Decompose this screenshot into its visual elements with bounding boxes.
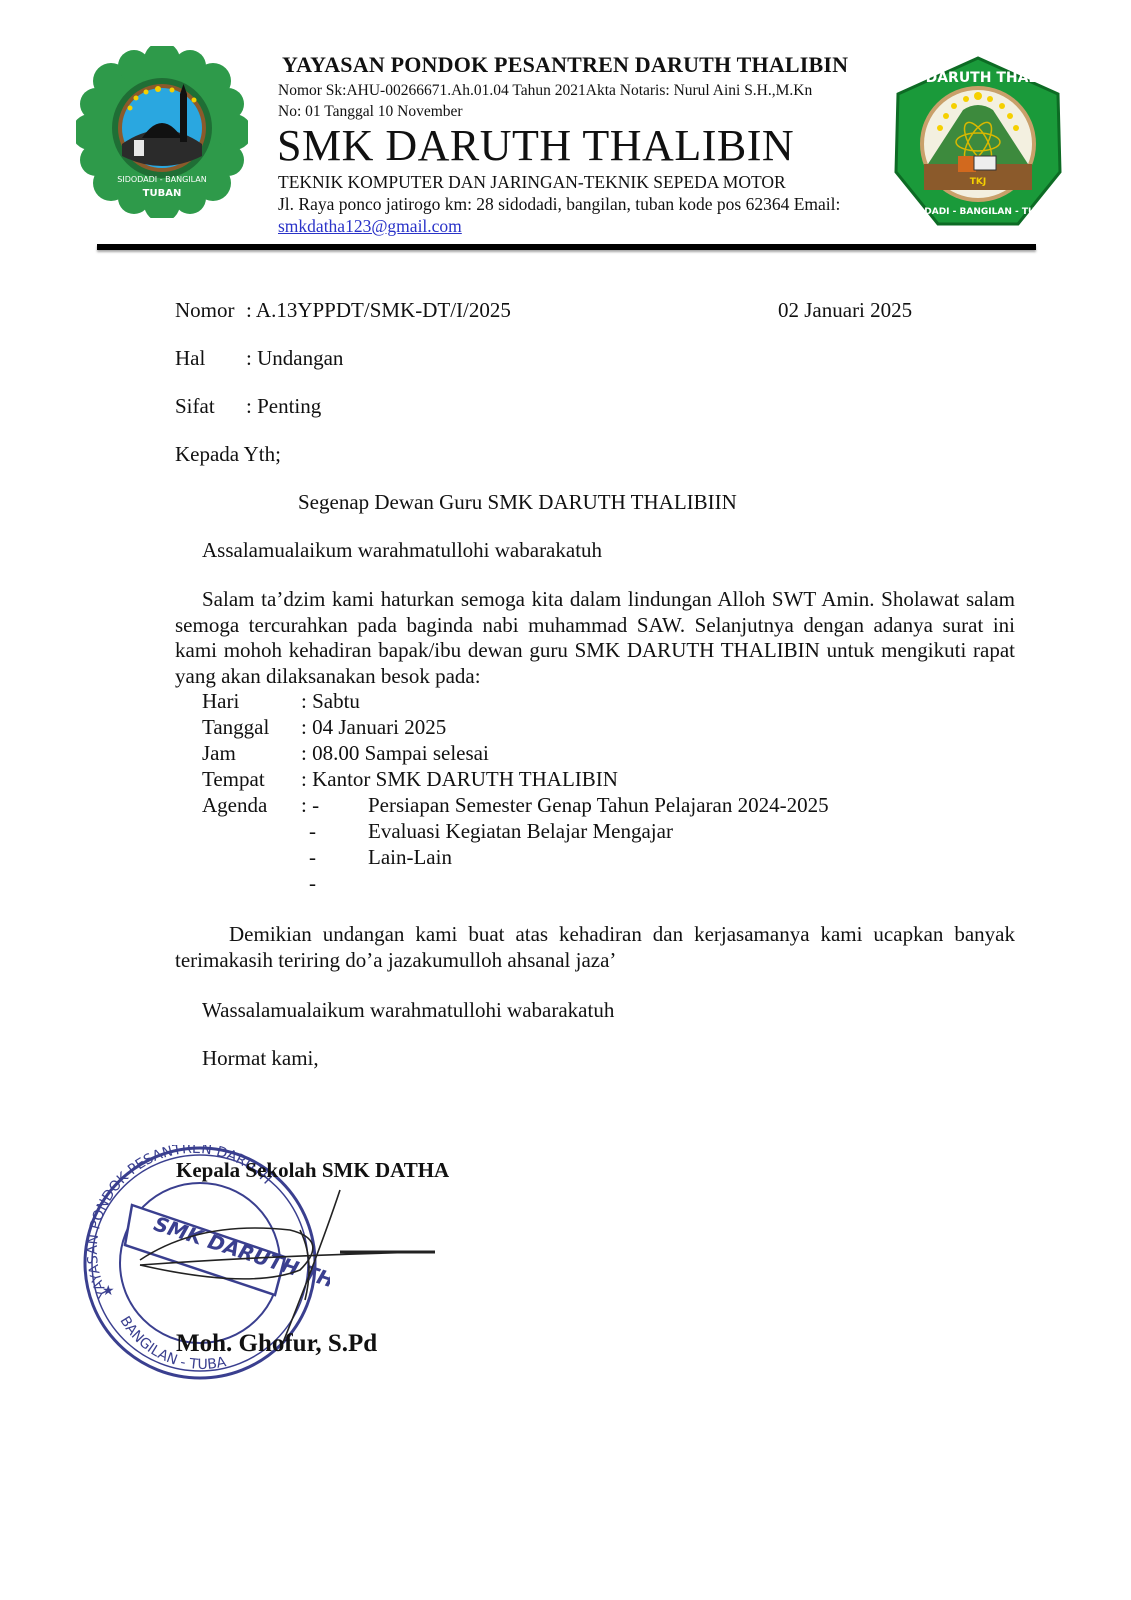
agenda-item: Evaluasi Kegiatan Belajar Mengajar <box>368 819 673 844</box>
school-programs: TEKNIK KOMPUTER DAN JARINGAN-TEKNIK SEPE… <box>278 172 786 193</box>
email-link[interactable]: smkdatha123@gmail.com <box>278 216 462 237</box>
svg-text:SIDODADI - BANGILAN - TUBAN: SIDODADI - BANGILAN - TUBAN <box>899 207 1056 217</box>
detail-value-tanggal: : 04 Januari 2025 <box>301 715 446 740</box>
farewell: Wassalamualaikum warahmatullohi wabaraka… <box>202 998 614 1023</box>
mosque-emblem-icon: SIDODADI - BANGILAN TUBAN <box>76 46 248 218</box>
legal-line-1: Nomor Sk:AHU-00266671.Ah.01.04 Tahun 202… <box>278 80 812 101</box>
recipient-label: Kepada Yth; <box>175 442 281 467</box>
svg-text:★: ★ <box>102 1284 115 1299</box>
agenda-bullet: - <box>309 819 316 844</box>
meta-label-nomor: Nomor <box>175 298 235 323</box>
agenda-item: Lain-Lain <box>368 845 452 870</box>
greeting: Assalamualaikum warahmatullohi wabarakat… <box>202 538 602 563</box>
meta-label-hal: Hal <box>175 346 205 371</box>
closing-paragraph: Demikian undangan kami buat atas kehadir… <box>175 922 1015 973</box>
meta-value-hal: : Undangan <box>246 346 343 371</box>
agenda-label: Agenda <box>202 793 267 818</box>
closing-paragraph-text: Demikian undangan kami buat atas kehadir… <box>175 922 1015 972</box>
svg-text:SIDODADI - BANGILAN: SIDODADI - BANGILAN <box>117 175 206 184</box>
school-name: SMK DARUTH THALIBIN <box>277 121 794 171</box>
opening-paragraph: Salam ta’dzim kami haturkan semoga kita … <box>175 587 1015 689</box>
svg-text:TKJ: TKJ <box>970 177 986 187</box>
agenda-colon: : - <box>301 793 319 818</box>
smk-shield-emblem-icon: TKJ SMK DARUTH THALIBIN SIDODADI - BANGI… <box>888 52 1068 232</box>
detail-value-tempat: : Kantor SMK DARUTH THALIBIN <box>301 767 618 792</box>
detail-label-jam: Jam <box>202 741 236 766</box>
foundation-name: YAYASAN PONDOK PESANTREN DARUTH THALIBIN <box>282 52 848 78</box>
svg-text:TUBAN: TUBAN <box>143 188 182 199</box>
svg-text:SMK DARUTH THALIBIN: SMK DARUTH THALIBIN <box>888 70 1068 86</box>
meta-value-nomor: : A.13YPPDT/SMK-DT/I/2025 <box>246 298 511 323</box>
letterhead-divider <box>97 244 1036 250</box>
meta-label-sifat: Sifat <box>175 394 215 419</box>
agenda-bullet: - <box>309 871 316 896</box>
agenda-bullet: - <box>309 845 316 870</box>
detail-value-hari: : Sabtu <box>301 689 360 714</box>
signatory-name: Moh. Ghofur, S.Pd <box>176 1330 377 1358</box>
detail-label-tempat: Tempat <box>202 767 265 792</box>
detail-label-tanggal: Tanggal <box>202 715 269 740</box>
signatory-title: Kepala Sekolah SMK DATHA <box>176 1158 449 1183</box>
legal-registration: Nomor Sk:AHU-00266671.Ah.01.04 Tahun 202… <box>278 80 812 122</box>
letter-date: 02 Januari 2025 <box>778 298 912 323</box>
detail-label-hari: Hari <box>202 689 239 714</box>
legal-line-2: No: 01 Tanggal 10 November <box>278 101 812 122</box>
meta-value-sifat: : Penting <box>246 394 321 419</box>
detail-value-jam: : 08.00 Sampai selesai <box>301 741 489 766</box>
recipient: Segenap Dewan Guru SMK DARUTH THALIBIIN <box>298 490 737 515</box>
school-address: Jl. Raya ponco jatirogo km: 28 sidodadi,… <box>278 194 840 215</box>
regards: Hormat kami, <box>202 1046 319 1071</box>
opening-paragraph-text: Salam ta’dzim kami haturkan semoga kita … <box>175 587 1015 688</box>
agenda-item: Persiapan Semester Genap Tahun Pelajaran… <box>368 793 829 818</box>
